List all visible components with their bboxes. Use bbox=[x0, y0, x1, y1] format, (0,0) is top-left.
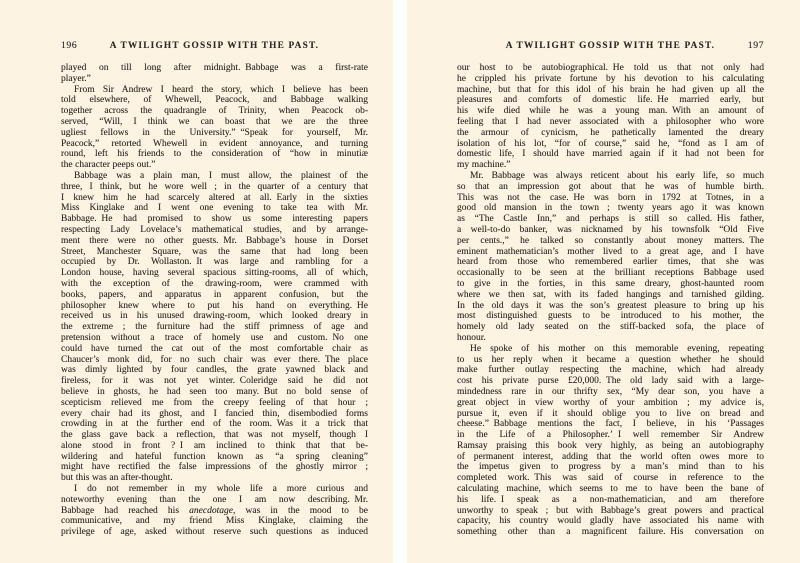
text-line: great object in view worthy of your ambi… bbox=[457, 398, 764, 409]
text-line: occasionally to be seen at the brilliant… bbox=[457, 268, 764, 279]
page-left: 196 A TWILIGHT GOSSIP WITH THE PAST. pla… bbox=[0, 0, 393, 563]
left-running-head: 196 A TWILIGHT GOSSIP WITH THE PAST. bbox=[61, 40, 368, 52]
text-line: three, I think, but he wore well ; in th… bbox=[61, 182, 368, 193]
text-line: calculating machine, which seems to me t… bbox=[457, 484, 764, 495]
text-line: pursue it, even if it should oblige you … bbox=[457, 409, 764, 420]
left-textblock: 196 A TWILIGHT GOSSIP WITH THE PAST. pla… bbox=[61, 40, 368, 538]
text-line: unworthy to speak ; but with Babbage’s g… bbox=[457, 506, 764, 517]
text-line: Peacock,” retorted Whewell in evident an… bbox=[61, 139, 368, 150]
text-line: of permanent interest, adding that the w… bbox=[457, 452, 764, 463]
text-line: to us her reply when it became a questio… bbox=[457, 355, 764, 366]
text-line: he crippled his private fortune by his d… bbox=[457, 74, 764, 85]
text-line: In the old days it was the son’s greates… bbox=[457, 301, 764, 312]
right-page-number: 197 bbox=[748, 40, 764, 52]
text-line: homely old lady seated on the stiff-back… bbox=[457, 322, 764, 333]
text-line: believe in ghosts, he had seen too many.… bbox=[61, 387, 368, 398]
text-line: eminent mathematician’s mother lived to … bbox=[457, 247, 764, 258]
text-line: was dimly lighted by four candles, the g… bbox=[61, 365, 368, 376]
text-line: philosopher knew where to put his hand o… bbox=[61, 301, 368, 312]
text-line: respecting Lady Lovelace’s mathematical … bbox=[61, 225, 368, 236]
text-line: Babbage. He had promised to show us some… bbox=[61, 214, 368, 225]
text-line: This was not the case. He was born in 17… bbox=[457, 193, 764, 204]
text-line: Chaucer’s monk did, for no such chair wa… bbox=[61, 355, 368, 366]
right-running-head: A TWILIGHT GOSSIP WITH THE PAST. 197 bbox=[457, 40, 764, 52]
text-line: together across the quadrangle of Trinit… bbox=[61, 106, 368, 117]
text-line: his life. I speak as a non-mathematician… bbox=[457, 495, 764, 506]
text-line: a well-to-do banker, was nicknamed by hi… bbox=[457, 225, 764, 236]
page-gutter bbox=[393, 0, 407, 563]
text-line: fireless, for it was not yet winter. Col… bbox=[61, 376, 368, 387]
text-line: to give in the forties, in this same dre… bbox=[457, 279, 764, 290]
text-line: might have rectified the false impressio… bbox=[61, 462, 368, 473]
text-line: feeling that I had never associated with… bbox=[457, 117, 764, 128]
text-line: Street, Manchester Square, was the same … bbox=[61, 247, 368, 258]
paragraph: From Sir Andrew I heard the story, which… bbox=[61, 85, 368, 171]
text-line: good old mansion in the town ; twenty ye… bbox=[457, 203, 764, 214]
left-page-number: 196 bbox=[61, 40, 77, 52]
text-line: From Sir Andrew I heard the story, which… bbox=[61, 85, 368, 96]
left-page-body: played on till long after midnight. Babb… bbox=[61, 63, 368, 538]
text-line: most distinguished guests to be introduc… bbox=[457, 311, 764, 322]
text-line: ment there were no other guests. Mr. Bab… bbox=[61, 236, 368, 247]
text-line: Babbage had reached his anecdotage, was … bbox=[61, 506, 368, 517]
right-running-title: A TWILIGHT GOSSIP WITH THE PAST. bbox=[506, 41, 715, 51]
text-line: honour. bbox=[457, 333, 764, 344]
text-line: heard from those who remembered earlier … bbox=[457, 257, 764, 268]
text-line: received us in his unused drawing-room, … bbox=[61, 311, 368, 322]
text-line: completed work. This was said of course … bbox=[457, 473, 764, 484]
text-line: alone stood in front ? I am inclined to … bbox=[61, 441, 368, 452]
book-spread: 196 A TWILIGHT GOSSIP WITH THE PAST. pla… bbox=[0, 0, 800, 563]
text-line: pleasures and comforts of domestic life.… bbox=[457, 95, 764, 106]
right-page-body: our host to be autobiographical. He told… bbox=[457, 63, 764, 538]
text-line: his wife died while he was a young man. … bbox=[457, 106, 764, 117]
text-line: Ramsay praising this book very highly, a… bbox=[457, 441, 764, 452]
text-line: ugliest fellows in the University.” “Spe… bbox=[61, 128, 368, 139]
text-line: round, left his friends to the considera… bbox=[61, 149, 368, 160]
text-line: domestic life, I should have married aga… bbox=[457, 149, 764, 160]
paragraph: I do not remember in my whole life a mor… bbox=[61, 484, 368, 538]
text-line: the glass gave back a reflection, that w… bbox=[61, 430, 368, 441]
text-line: crowding in at the further end of the ro… bbox=[61, 419, 368, 430]
text-line: played on till long after midnight. Babb… bbox=[61, 63, 368, 74]
page-right: A TWILIGHT GOSSIP WITH THE PAST. 197 our… bbox=[407, 0, 800, 563]
text-line: player.” bbox=[61, 74, 368, 85]
text-line: every chair had its ghost, and I fancied… bbox=[61, 409, 368, 420]
left-running-title: A TWILIGHT GOSSIP WITH THE PAST. bbox=[110, 41, 319, 51]
paragraph: our host to be autobiographical. He told… bbox=[457, 63, 764, 171]
text-line: told elsewhere, of Whewell, Peacock, and… bbox=[61, 95, 368, 106]
text-line: pretension without a trace of homely use… bbox=[61, 333, 368, 344]
text-line: the character peeps out.” bbox=[61, 160, 368, 171]
paragraph: played on till long after midnight. Babb… bbox=[61, 63, 368, 85]
text-line: cost his private purse £20,000. The old … bbox=[457, 376, 764, 387]
text-line: our host to be autobiographical. He told… bbox=[457, 63, 764, 74]
text-line: communicative, and my friend Miss Kingla… bbox=[61, 516, 368, 527]
text-line: noteworthy evening than the one I am now… bbox=[61, 495, 368, 506]
text-line: Babbage was a plain man, I must allow, t… bbox=[61, 171, 368, 182]
text-line: could have turned the cat out of the mos… bbox=[61, 344, 368, 355]
text-line: privilege of age, asked without reserve … bbox=[61, 527, 368, 538]
text-line: wildering and hateful function known as … bbox=[61, 452, 368, 463]
text-line: He spoke of his mother on this memorable… bbox=[457, 344, 764, 355]
text-line: the armour of cynicism, he pathetically … bbox=[457, 128, 764, 139]
paragraph: He spoke of his mother on this memorable… bbox=[457, 344, 764, 538]
text-line: per cents.,” he talked so constantly abo… bbox=[457, 236, 764, 247]
text-line: make further outlay respecting the machi… bbox=[457, 365, 764, 376]
text-line: machine, but that for this idol of his b… bbox=[457, 85, 764, 96]
text-line: isolation of his lot, “for of course,” s… bbox=[457, 139, 764, 150]
right-textblock: A TWILIGHT GOSSIP WITH THE PAST. 197 our… bbox=[457, 40, 764, 538]
text-line: occupied by Dr. Wollaston. It was large … bbox=[61, 257, 368, 268]
text-line: the extreme ; the furniture had the stif… bbox=[61, 322, 368, 333]
text-line: something other than a magnificent failu… bbox=[457, 527, 764, 538]
text-line: with the exception of the drawing-room, … bbox=[61, 279, 368, 290]
text-line: books, papers, and apparatus in apparent… bbox=[61, 290, 368, 301]
text-line: mindedness rare in our thrifty sex, “My … bbox=[457, 387, 764, 398]
text-line: as “The Castle Inn,” and perhaps is stil… bbox=[457, 214, 764, 225]
text-line: in the Life of a Philosopher.’ I well re… bbox=[457, 430, 764, 441]
text-line: my machine.” bbox=[457, 160, 764, 171]
text-line: so that an impression got about that he … bbox=[457, 182, 764, 193]
paragraph: Mr. Babbage was always reticent about hi… bbox=[457, 171, 764, 344]
text-line: cheese.” Babbage mentions the fact, I be… bbox=[457, 419, 764, 430]
text-line: I do not remember in my whole life a mor… bbox=[61, 484, 368, 495]
text-line: scepticism relieved me from the creepy f… bbox=[61, 398, 368, 409]
text-line: the impetus given to progress by a man’s… bbox=[457, 462, 764, 473]
text-line: London house, having several spacious si… bbox=[61, 268, 368, 279]
paragraph: Babbage was a plain man, I must allow, t… bbox=[61, 171, 368, 484]
text-line: Miss Kinglake and I went one evening to … bbox=[61, 203, 368, 214]
text-line: where we then sat, with its faded hangin… bbox=[457, 290, 764, 301]
text-line: but this was an after-thought. bbox=[61, 473, 368, 484]
text-line: served, “Will, I think we can boast that… bbox=[61, 117, 368, 128]
text-line: capacity, his country would gladly have … bbox=[457, 516, 764, 527]
text-line: I knew him he had scarcely altered at al… bbox=[61, 193, 368, 204]
text-line: Mr. Babbage was always reticent about hi… bbox=[457, 171, 764, 182]
